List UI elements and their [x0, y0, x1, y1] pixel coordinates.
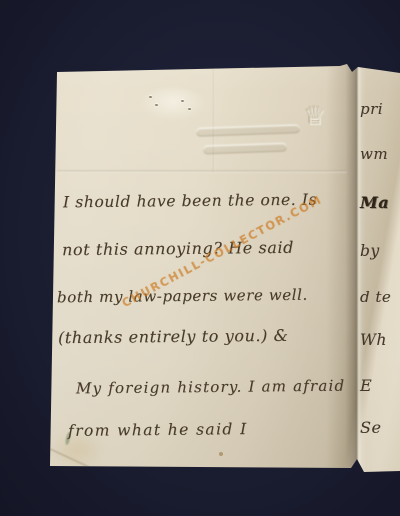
vertical-crease — [213, 66, 215, 172]
handwriting-fragment-1: pri — [360, 100, 383, 118]
handwriting-line-4: (thanks entirely to you.) & — [58, 326, 289, 347]
handwriting-line-6: from what he said I — [68, 420, 248, 440]
embossed-crown-icon: ♕ — [304, 104, 326, 128]
handwriting-line-1: I should have been the one. Is — [63, 191, 317, 212]
handwriting-fragment-7: E — [360, 376, 372, 395]
embossed-address-line-2 — [203, 143, 287, 155]
handwriting-line-5: My foreign history. I am afraid — [76, 377, 345, 398]
handwriting-fragment-5: d te — [360, 288, 391, 306]
letter-photograph: { "colors": { "background": "#181a2d", "… — [0, 0, 400, 516]
ink-speck — [219, 452, 223, 456]
handwriting-fragment-2: wm — [360, 145, 388, 163]
page-fold — [326, 64, 366, 474]
handwriting-fragment-6: Wh — [360, 331, 387, 349]
handwriting-line-2: not this annoying? He said — [62, 238, 294, 259]
handwriting-fragment-8: Se — [360, 418, 381, 437]
handwriting-fragment-4: by — [360, 242, 380, 260]
handwriting-line-3: both my law-papers were well. — [57, 286, 308, 307]
embossed-address-line-1 — [196, 124, 300, 137]
handwriting-fragment-3: Ma — [360, 193, 389, 212]
paper-dent-highlight — [138, 88, 208, 122]
horizontal-crease — [57, 170, 347, 173]
